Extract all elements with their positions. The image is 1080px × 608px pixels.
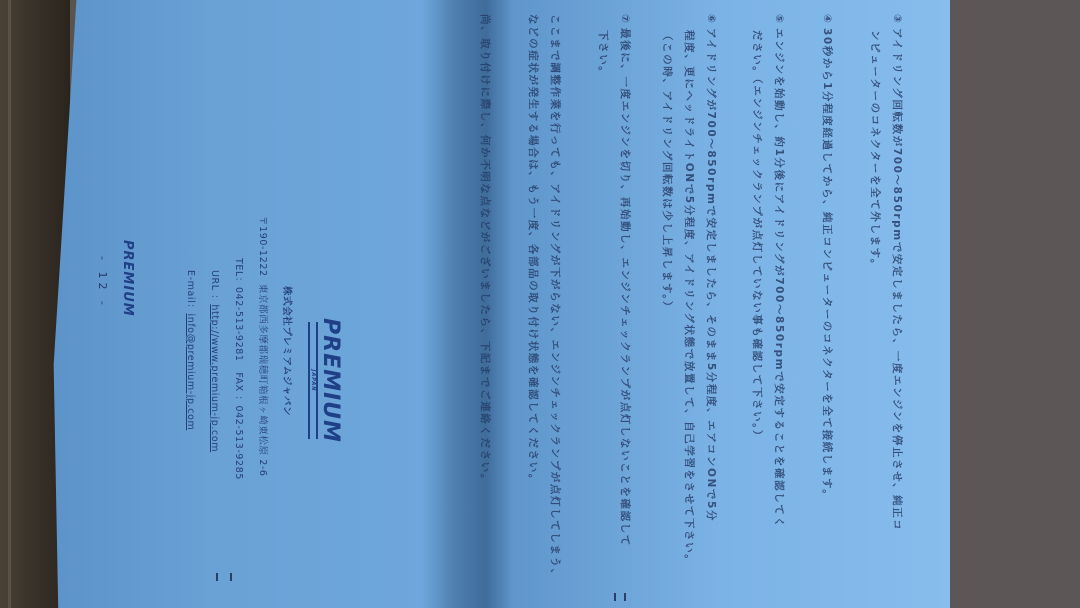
step-5-line-1: ⑤エンジンを始動し、約1分後にアイドリングが700～850rpmで安定することを… [772, 14, 787, 529]
cut-mark [624, 593, 626, 601]
step-6-line-3: （この時、アイドリング回転数は少し上昇します。） [660, 30, 675, 313]
company-logo: PREMIUM JAPAN [308, 318, 343, 443]
company-url-row: URL ：http://www.premium-jp.com [209, 270, 223, 452]
company-email-link[interactable]: info@premium-jp.com [185, 314, 196, 431]
cut-mark [230, 573, 232, 581]
note-line-1: ここまで調整作業を行っても、アイドリングが下がらない、エンジンチェックランプが点… [548, 14, 563, 581]
step-6-line-2: 程度、更にヘッドライトONで5分程度、アイドリング状態で放置して、自己学習をさせ… [682, 30, 697, 566]
page-number: - 12 - [96, 256, 109, 309]
step-3-line-1: ③アイドリング回転数が700～850rpmで安定しましたら、一度エンジンを停止さ… [890, 14, 905, 531]
step-7-line-2: 下さい。 [596, 30, 611, 78]
company-name: 株式会社プレミアムジャパン [281, 286, 295, 416]
step-4-line-1: ④30秒から1分程度経過してから、純正コンピューターのコネクターを全て接続します… [820, 14, 835, 501]
step-6-line-1: ⑥アイドリングが700～850rpmで安定しましたら、そのまま5分程度、エアコン… [704, 14, 719, 522]
footer-logo: PREMIUM [120, 240, 135, 317]
step-5-line-2: ださい。（エンジンチェックランプが点灯していない事も確認して下さい。） [750, 30, 765, 442]
step-3-line-2: ンピューターのコネクターを全て外します。 [868, 30, 883, 271]
cut-mark [614, 593, 616, 601]
step-7-line-1: ⑦最後に、一度エンジンを切り、再始動し、エンジンチェックランプが点灯しないことを… [618, 14, 633, 547]
company-address: 〒190-1222 東京都西多摩郡瑞穂町箱根ヶ崎東松原 2-6 [257, 216, 271, 477]
note-line-2: などの症状が発生する場合は、もう一度、各部品の取り付け状態を確認してください。 [526, 14, 541, 486]
company-url-link[interactable]: http://www.premium-jp.com [209, 304, 220, 452]
cut-mark [216, 573, 218, 581]
company-email-row: E-mail：info@premium-jp.com [185, 270, 199, 430]
rotated-page: ③アイドリング回転数が700～850rpmで安定しましたら、一度エンジンを停止さ… [55, 0, 955, 608]
contact-line: 尚、取り付けに際し、何か不明な点などがございましたら、下記までご連絡ください。 [478, 14, 493, 486]
background-surface [945, 0, 1080, 608]
company-phone: TEL：042-513-9281 FAX ：042-513-9285 [233, 258, 247, 480]
